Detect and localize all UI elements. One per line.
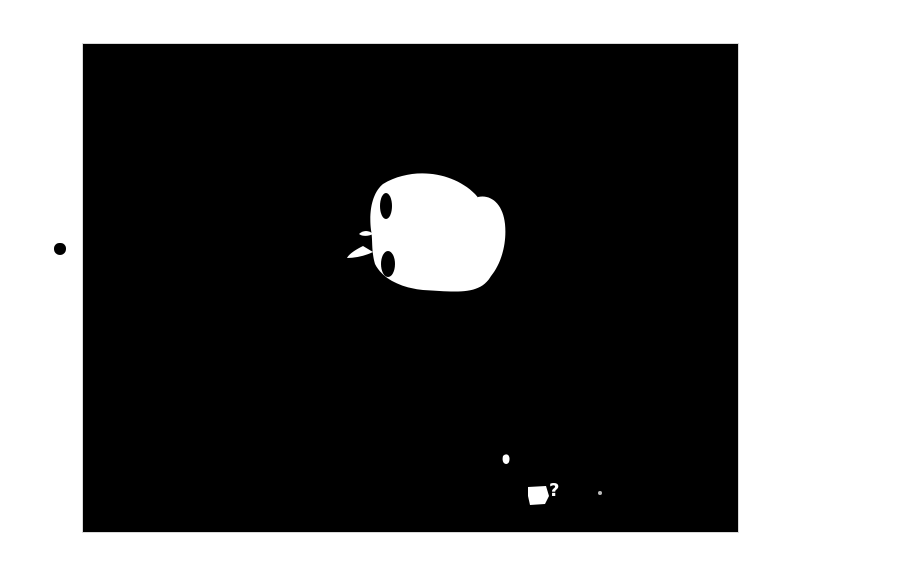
upper-eye [380, 193, 392, 219]
bright-speck [503, 454, 510, 464]
nose-highlight [359, 231, 373, 236]
lower-eye [381, 251, 395, 277]
lower-right-glyph: ? [549, 482, 559, 500]
bright-block [528, 486, 549, 505]
stray-ink-mark [54, 243, 66, 255]
photo-subject [83, 44, 738, 532]
faint-speck [598, 491, 602, 495]
nose-shape [347, 246, 373, 258]
photo-frame: ? [83, 44, 738, 532]
